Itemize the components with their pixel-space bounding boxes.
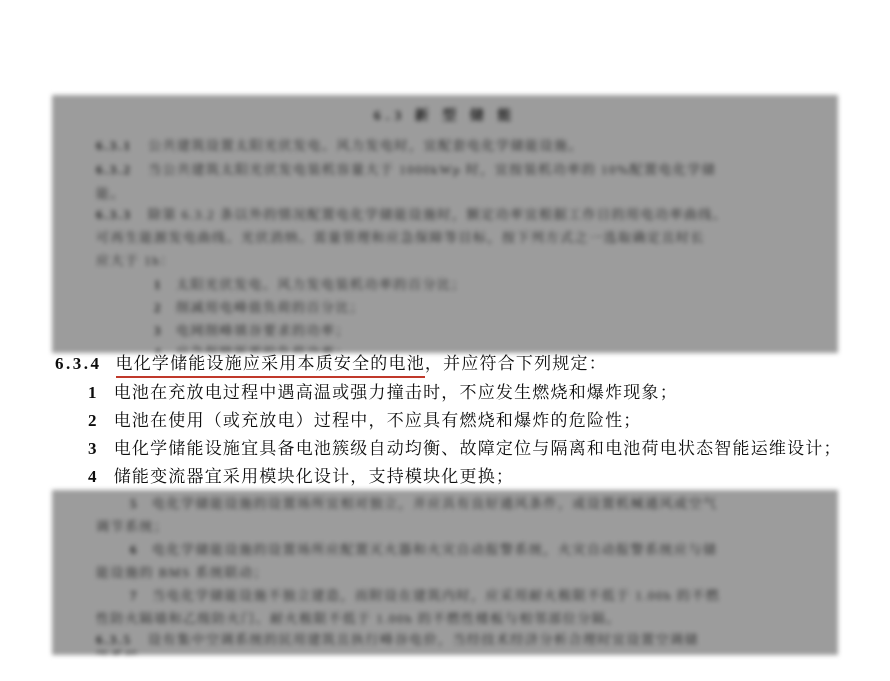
clause-number: 6.3.4 bbox=[55, 354, 102, 373]
item-number: 2 bbox=[154, 300, 162, 315]
clause-text: 公共建筑设置太阳光伏发电、风力发电时，宜配套电化学储能设施。 bbox=[148, 138, 583, 153]
item-number: 2 bbox=[88, 411, 98, 430]
list-item: 1电池在充放电过程中遇高温或强力撞击时，不应发生燃烧和爆炸现象； bbox=[88, 382, 678, 403]
underlined-clause-text: 电化学储能设施应采用本质安全的电池 bbox=[116, 354, 425, 378]
clause-number: 6.3.3 bbox=[96, 207, 132, 222]
blurred-region-top: 6.3 新 型 储 能 6.3.1公共建筑设置太阳光伏发电、风力发电时，宜配套电… bbox=[52, 95, 838, 353]
clause-row: 6.3.5设有集中空调系统的民用建筑且执行峰谷电价，当经技术经济分析合理时宜设置… bbox=[96, 631, 699, 648]
list-item: 6电化学储能设施的设置场所应配置灭火器和火灾自动报警系统，火灾自动报警系统应与储 bbox=[130, 541, 718, 558]
item-text: 应急保障所需的负荷功率； bbox=[176, 345, 350, 353]
clause-text: ，并应符合下列规定： bbox=[425, 354, 607, 373]
clause-continuation: 能系统 bbox=[96, 648, 140, 655]
clause-continuation: 能设施的 BMS 系统联动； bbox=[96, 564, 268, 581]
item-text: 性防火隔墙和乙级防火门、耐火极限不低于 1.00h 的不燃性楼板与相邻部位分隔。 bbox=[96, 611, 621, 626]
clause-row: 6.3.3除第 6.3.2 条以外的情况配置电化学储能设施时，额定功率宜根据工作… bbox=[96, 206, 728, 223]
item-text: 电池在使用（或充放电）过程中，不应具有燃烧和爆炸的危险性； bbox=[114, 411, 642, 430]
item-number: 4 bbox=[154, 345, 162, 353]
clause-text: 可再生能源发电曲线、光伏消纳、需量管理和应急保障等目标，按下列方式之一选取确定且… bbox=[96, 230, 705, 245]
item-text: 调节系统； bbox=[96, 519, 169, 534]
list-item: 4储能变流器宜采用模块化设计，支持模块化更换； bbox=[88, 466, 514, 487]
item-text: 电化学储能设施的设置场所宜相对独立，并应具有良好通风条件，或设置机械通风或空气 bbox=[152, 496, 718, 511]
clause-number: 6.3.2 bbox=[96, 162, 132, 177]
clause-row: 6.3.2当公共建筑太阳光伏发电装机容量大于 1000kWp 时，宜按装机功率的… bbox=[96, 161, 716, 178]
clause-text: 能系统 bbox=[96, 649, 140, 655]
clause-title-row: 6.3.4电化学储能设施应采用本质安全的电池，并应符合下列规定： bbox=[55, 353, 607, 374]
clause-row: 6.3.1公共建筑设置太阳光伏发电、风力发电时，宜配套电化学储能设施。 bbox=[96, 137, 583, 154]
item-number: 3 bbox=[154, 323, 162, 338]
item-text: 削减用电峰值负荷的百分比； bbox=[176, 300, 365, 315]
item-number: 1 bbox=[154, 277, 162, 292]
clause-text: 除第 6.3.2 条以外的情况配置电化学储能设施时，额定功率宜根据工作日的用电功… bbox=[148, 207, 728, 222]
clause-continuation: 调节系统； bbox=[96, 518, 169, 535]
item-text: 储能变流器宜采用模块化设计，支持模块化更换； bbox=[114, 467, 514, 486]
list-item: 3电网削峰填谷要求的功率； bbox=[154, 322, 350, 339]
clause-continuation: 能。 bbox=[96, 185, 125, 202]
document-page: 6.3 新 型 储 能 6.3.1公共建筑设置太阳光伏发电、风力发电时，宜配套电… bbox=[0, 0, 890, 681]
list-item: 5电化学储能设施的设置场所宜相对独立，并应具有良好通风条件，或设置机械通风或空气 bbox=[130, 495, 718, 512]
item-number: 6 bbox=[130, 542, 138, 557]
item-text: 当电化学储能设施不独立建造，而附设在建筑内时，应采用耐火极限不低于 1.00h … bbox=[152, 588, 720, 603]
clause-text: 设有集中空调系统的民用建筑且执行峰谷电价，当经技术经济分析合理时宜设置空调储 bbox=[148, 632, 699, 647]
item-text: 电化学储能设施宜具备电池簇级自动均衡、故障定位与隔离和电池荷电状态智能运维设计； bbox=[114, 439, 842, 458]
item-number: 7 bbox=[130, 588, 138, 603]
list-item: 7当电化学储能设施不独立建造，而附设在建筑内时，应采用耐火极限不低于 1.00h… bbox=[130, 587, 720, 604]
item-text: 太阳光伏发电、风力发电装机功率的百分比； bbox=[176, 277, 466, 292]
list-item: 4应急保障所需的负荷功率； bbox=[154, 344, 350, 353]
item-number: 5 bbox=[130, 496, 138, 511]
list-item: 1太阳光伏发电、风力发电装机功率的百分比； bbox=[154, 276, 466, 293]
clause-text: 当公共建筑太阳光伏发电装机容量大于 1000kWp 时，宜按装机功率的 10%配… bbox=[148, 162, 716, 177]
item-text: 能设施的 BMS 系统联动； bbox=[96, 565, 268, 580]
clause-number: 6.3.1 bbox=[96, 138, 132, 153]
clause-text: 应大于 1h： bbox=[96, 253, 175, 268]
section-header: 6.3 新 型 储 能 bbox=[52, 105, 838, 125]
clause-continuation: 性防火隔墙和乙级防火门、耐火极限不低于 1.00h 的不燃性楼板与相邻部位分隔。 bbox=[96, 610, 621, 627]
blurred-region-bottom: 5电化学储能设施的设置场所宜相对独立，并应具有良好通风条件，或设置机械通风或空气… bbox=[52, 490, 838, 655]
clause-continuation: 应大于 1h： bbox=[96, 252, 175, 269]
item-number: 3 bbox=[88, 439, 98, 458]
item-number: 4 bbox=[88, 467, 98, 486]
item-number: 1 bbox=[88, 383, 98, 402]
list-item: 2电池在使用（或充放电）过程中，不应具有燃烧和爆炸的危险性； bbox=[88, 410, 642, 431]
item-text: 电网削峰填谷要求的功率； bbox=[176, 323, 350, 338]
item-text: 电化学储能设施的设置场所应配置灭火器和火灾自动报警系统，火灾自动报警系统应与储 bbox=[152, 542, 718, 557]
clause-continuation: 可再生能源发电曲线、光伏消纳、需量管理和应急保障等目标，按下列方式之一选取确定且… bbox=[96, 229, 705, 246]
clause-number: 6.3.5 bbox=[96, 632, 132, 647]
item-text: 电池在充放电过程中遇高温或强力撞击时，不应发生燃烧和爆炸现象； bbox=[114, 383, 678, 402]
list-item: 3电化学储能设施宜具备电池簇级自动均衡、故障定位与隔离和电池荷电状态智能运维设计… bbox=[88, 438, 842, 459]
clause-text: 能。 bbox=[96, 186, 125, 201]
list-item: 2削减用电峰值负荷的百分比； bbox=[154, 299, 365, 316]
